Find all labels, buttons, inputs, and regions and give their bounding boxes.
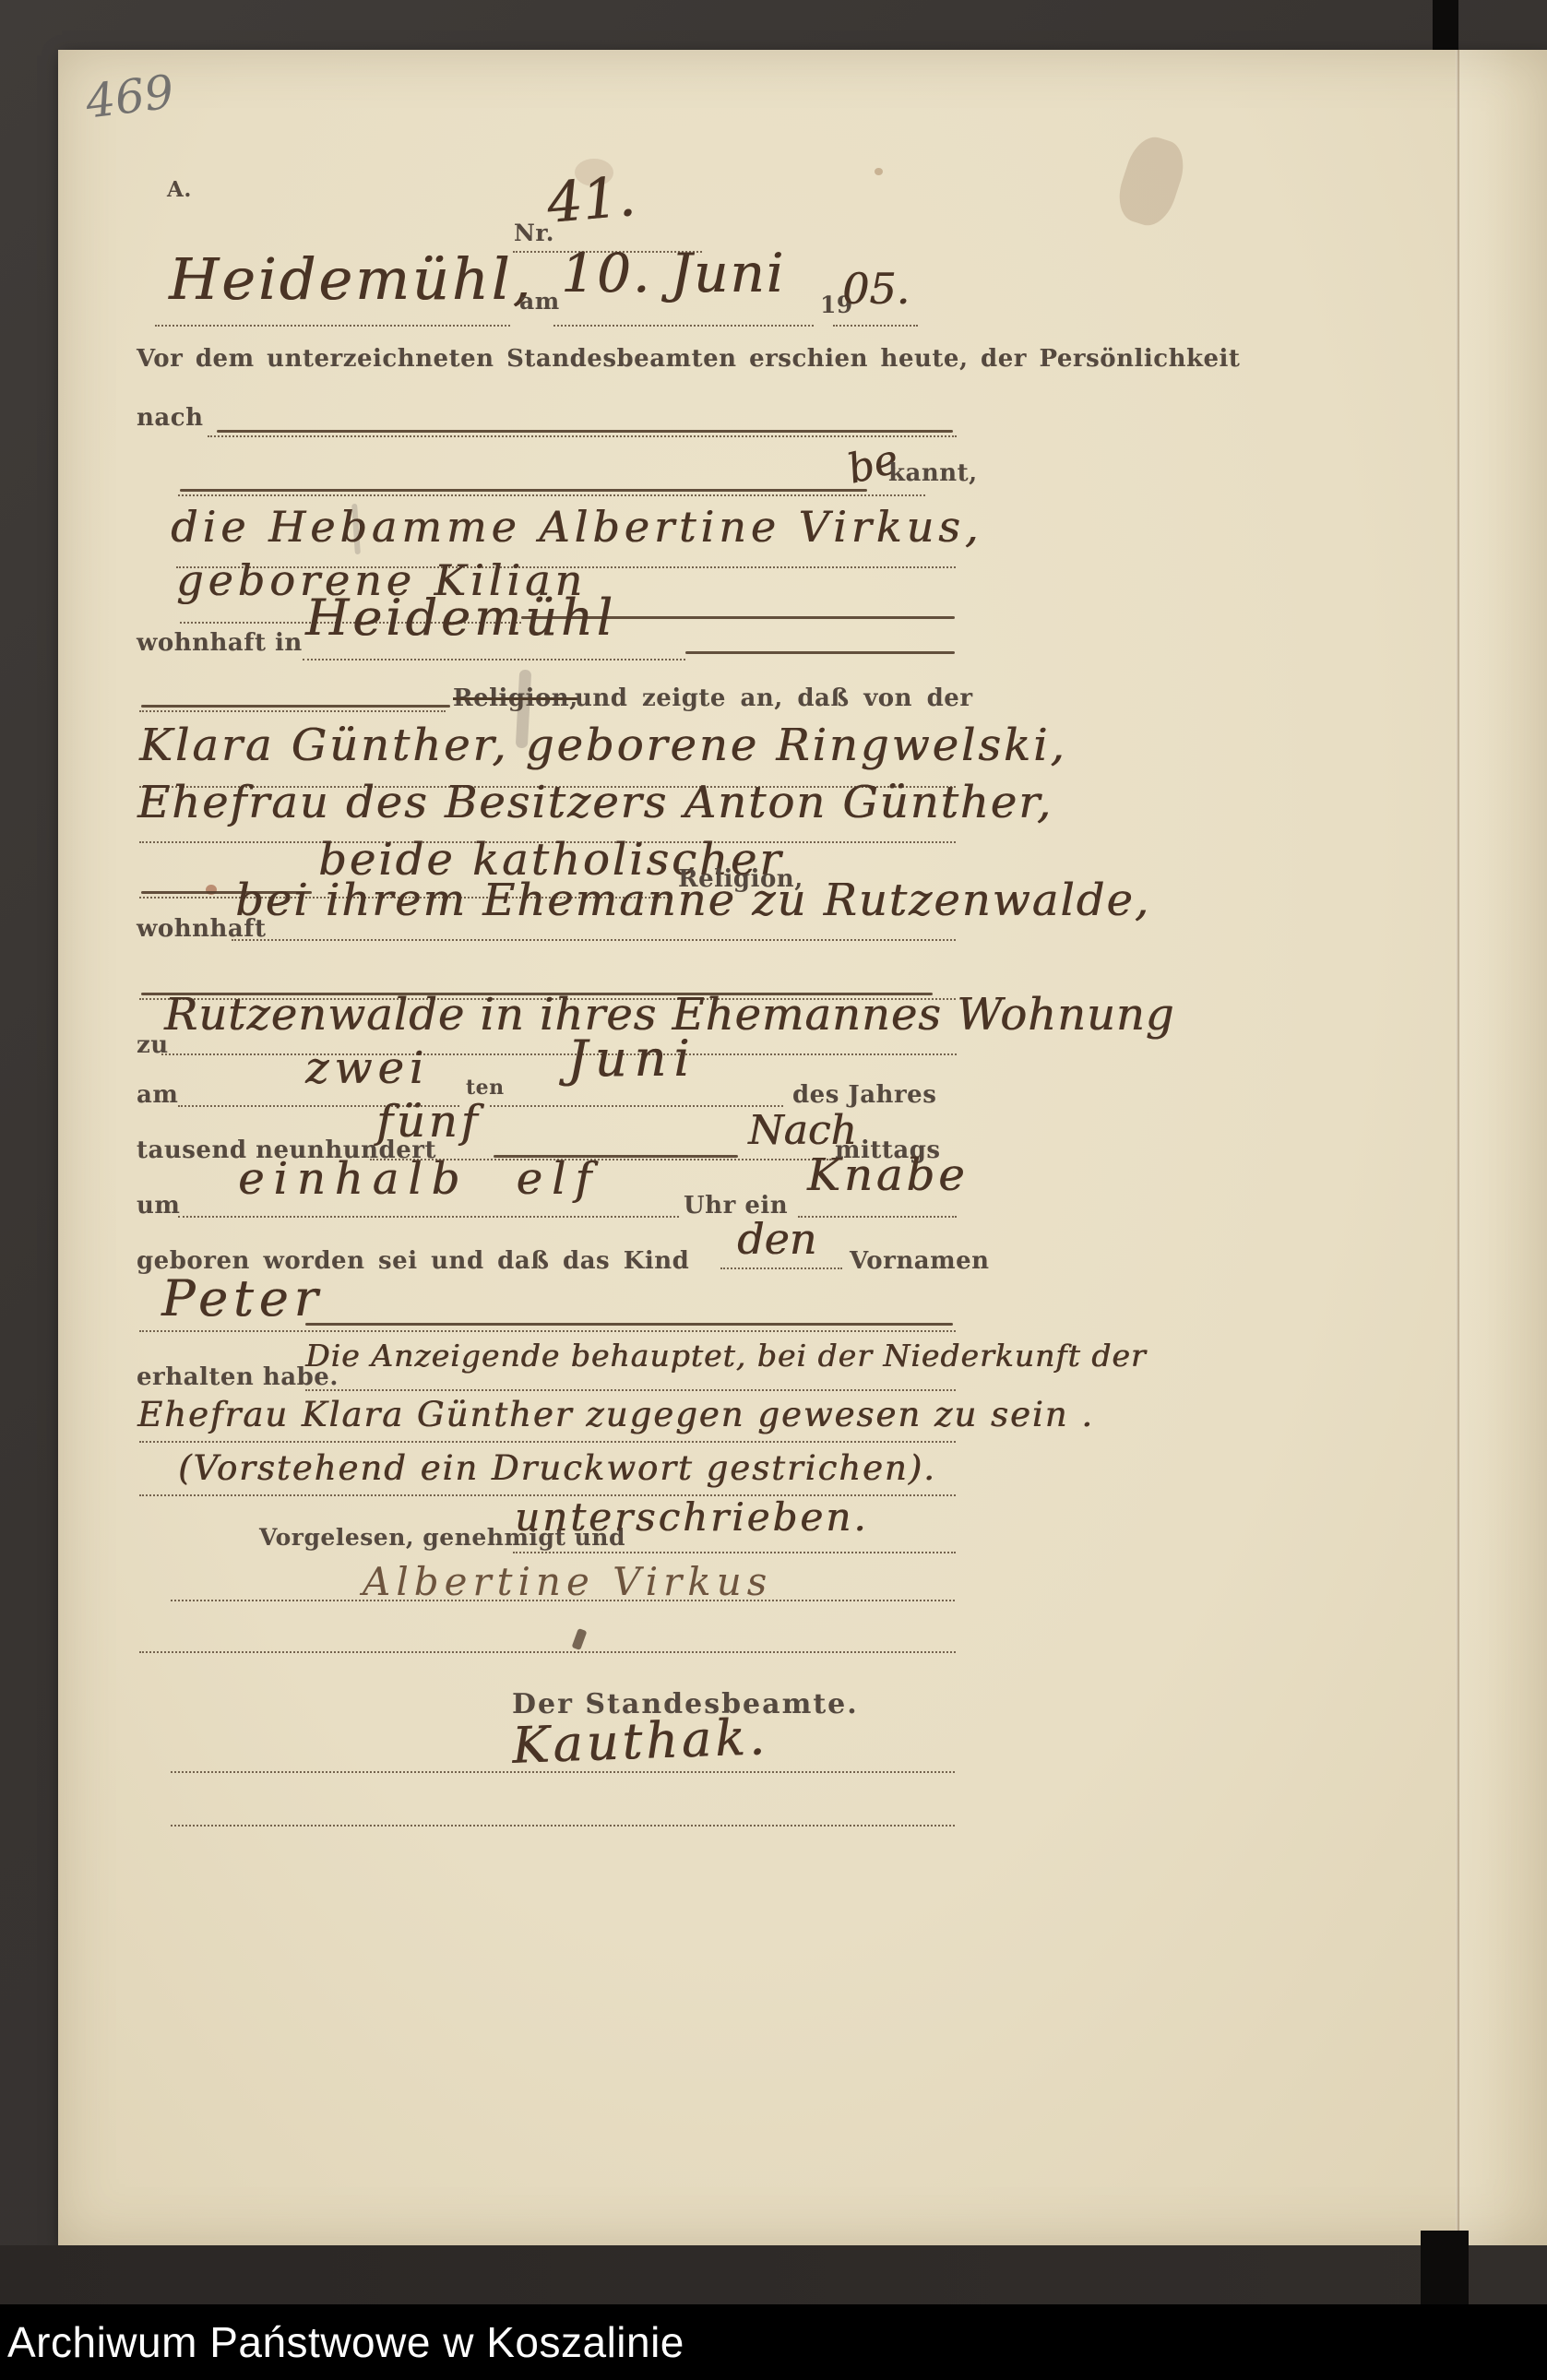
gutter-notch-bottom <box>1421 2231 1469 2304</box>
date-value: 10. Juni <box>561 242 785 304</box>
birth-year-word: fünf <box>376 1096 481 1148</box>
page-fold-highlight <box>1459 50 1515 2245</box>
vornamen-label: Vornamen <box>850 1247 990 1275</box>
record-sheet: 469 A. Nr. 41. Heidemühl, am 10. Juni 19… <box>58 50 1547 2245</box>
ink-line <box>217 430 953 433</box>
attest-line-2: Ehefrau Klara Günther zugegen gewesen zu… <box>137 1395 1094 1434</box>
form-letter: A. <box>167 177 192 202</box>
dotted-line <box>139 710 446 712</box>
um-label: um <box>137 1192 180 1220</box>
dotted-line <box>155 325 510 327</box>
dotted-line <box>232 939 956 941</box>
gutter-notch-top <box>1433 0 1458 50</box>
dotted-line <box>171 1825 955 1827</box>
registrar-signature: Kauthak. <box>511 1708 769 1775</box>
archive-photo: 469 A. Nr. 41. Heidemühl, am 10. Juni 19… <box>0 0 1547 2380</box>
dotted-line <box>833 325 918 327</box>
dotted-line <box>305 1389 956 1391</box>
ink-line <box>305 1323 953 1326</box>
des-jahres-label: des Jahres <box>792 1081 936 1109</box>
dotted-line <box>171 1771 955 1773</box>
unterschrieben-hand: unterschrieben. <box>515 1494 869 1540</box>
dotted-line <box>490 1105 783 1107</box>
birth-day: zwei <box>305 1042 429 1094</box>
dotted-line <box>798 1216 957 1218</box>
declarant-line-1: die Hebamme Albertine Virkus, <box>171 502 982 552</box>
ink-line <box>180 489 867 492</box>
ink-line <box>685 651 955 654</box>
declarant-residence: Heidemühl <box>305 589 616 647</box>
am-label: am <box>519 288 560 315</box>
ink-smudge <box>1112 131 1191 232</box>
mother-line-2: Ehefrau des Besitzers Anton Günther, <box>137 777 1053 828</box>
dotted-line <box>303 659 685 660</box>
dotted-line <box>139 1651 956 1653</box>
dotted-line <box>139 1441 956 1443</box>
declarant-signature: Albertine Virkus <box>363 1559 772 1604</box>
birth-time: einhalb elf <box>238 1153 601 1205</box>
table-shadow-band <box>0 2245 1547 2304</box>
birth-month: Juni <box>567 1029 696 1088</box>
archive-caption-bar: Archiwum Państwowe w Koszalinie <box>0 2304 1547 2380</box>
place-name: Heidemühl, <box>169 245 533 313</box>
dotted-line <box>513 1552 956 1553</box>
child-sex: Knabe <box>807 1149 969 1201</box>
fox-spot <box>875 168 883 175</box>
kannt-label: kannt, <box>888 459 978 487</box>
attest-line-1: Die Anzeigende behauptet, bei der Nieder… <box>305 1338 1147 1374</box>
mother-residence: bei ihrem Ehemanne zu Rutzenwalde, <box>235 875 1150 926</box>
nach-label: nach <box>137 404 203 432</box>
ink-line <box>141 705 450 708</box>
dotted-line <box>161 1053 957 1055</box>
wohnhaft-in-label: wohnhaft in <box>137 629 303 657</box>
zeigte-an-label: und zeigte an, daß von der <box>575 684 973 712</box>
dotted-line <box>553 325 814 327</box>
nr-value: 41. <box>544 164 637 236</box>
dotted-line <box>178 1216 679 1218</box>
corner-number: 469 <box>83 65 177 128</box>
year-value: 05. <box>842 264 910 314</box>
dotted-line <box>178 494 925 496</box>
den-hand: den <box>737 1214 816 1264</box>
archive-caption-text: Archiwum Państwowe w Koszalinie <box>7 2317 684 2367</box>
am2-label: am <box>137 1081 178 1109</box>
correction-note: (Vorstehend ein Druckwort gestrichen). <box>178 1448 936 1488</box>
religion-struck-label: Religion, <box>453 684 578 712</box>
intro-text: Vor dem unterzeichneten Standesbeamten e… <box>137 345 1240 373</box>
mother-line-1: Klara Günther, geborene Ringwelski, <box>139 720 1067 771</box>
dotted-line <box>171 1600 955 1601</box>
child-name: Peter <box>161 1269 323 1327</box>
dotted-line <box>139 1330 956 1332</box>
dotted-line <box>208 435 957 437</box>
ink-mark <box>572 1628 588 1650</box>
dotted-line <box>720 1267 842 1269</box>
